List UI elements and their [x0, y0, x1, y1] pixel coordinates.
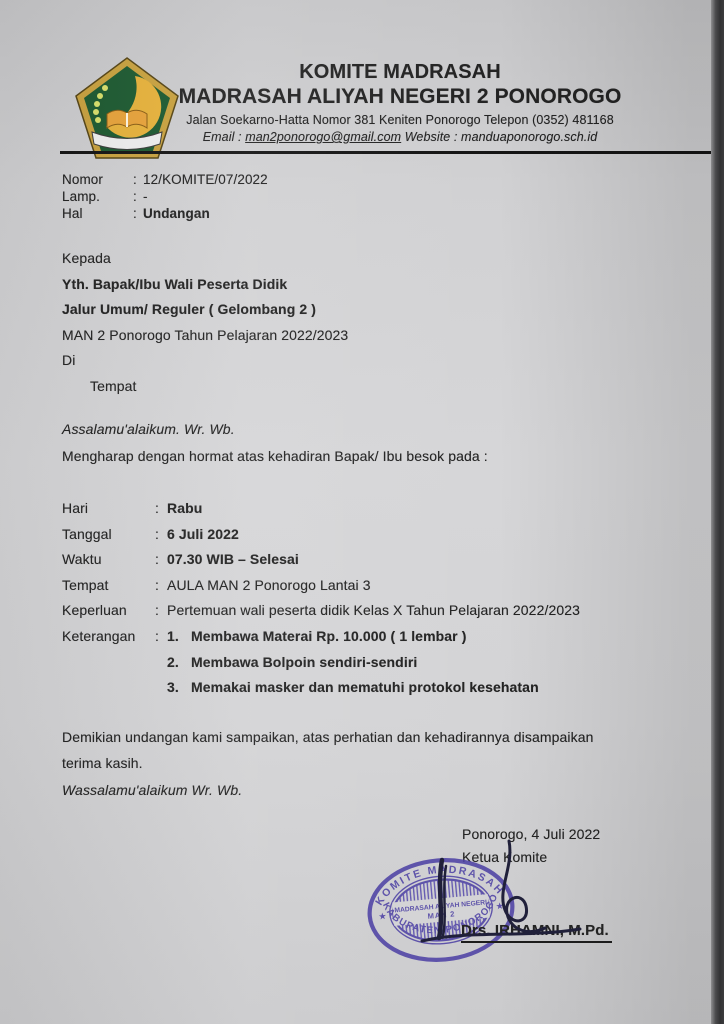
handwritten-signature	[412, 838, 587, 958]
detail-colon: :	[155, 598, 167, 624]
detail-colon	[155, 650, 167, 676]
detail-colon: :	[155, 573, 167, 599]
detail-row-waktu: Waktu : 07.30 WIB – Selesai	[62, 547, 580, 573]
org-address: Jalan Soekarno-Hatta Nomor 381 Keniten P…	[85, 112, 715, 129]
detail-label: Waktu	[62, 547, 155, 573]
meta-colon: :	[133, 205, 143, 222]
detail-label: Keperluan	[62, 598, 155, 624]
detail-label: Tanggal	[62, 522, 155, 548]
meta-colon: :	[133, 188, 143, 205]
meta-row-hal: Hal : Undangan	[62, 205, 268, 222]
recipient-line1: Yth. Bapak/Ibu Wali Peserta Didik	[62, 272, 348, 298]
detail-value: Pertemuan wali peserta didik Kelas X Tah…	[167, 598, 580, 624]
detail-colon: :	[155, 547, 167, 573]
detail-label: Hari	[62, 496, 155, 522]
keterangan-item: 1.Membawa Materai Rp. 10.000 ( 1 lembar …	[167, 624, 580, 650]
recipient-tempat: Tempat	[90, 374, 348, 400]
meta-row-lamp: Lamp. : -	[62, 188, 268, 205]
detail-label	[62, 650, 155, 676]
opening-salam: Assalamu'alaikum. Wr. Wb.	[62, 416, 488, 443]
letter-paper: KOMITE MADRASAH MADRASAH ALIYAH NEGERI 2…	[0, 0, 711, 1024]
stamp-star-left: ★	[378, 911, 387, 922]
detail-row-keperluan: Keperluan : Pertemuan wali peserta didik…	[62, 598, 580, 624]
org-contact: Email : man2ponorogo@gmail.com Website :…	[85, 129, 715, 146]
meta-label: Hal	[62, 205, 133, 222]
detail-row-keterangan-3: 3.Memakai masker dan mematuhi protokol k…	[62, 675, 580, 701]
recipient-block: Kepada Yth. Bapak/Ibu Wali Peserta Didik…	[62, 246, 348, 400]
detail-row-keterangan-1: Keterangan : 1.Membawa Materai Rp. 10.00…	[62, 624, 580, 650]
meta-colon: :	[133, 171, 143, 188]
email-address: man2ponorogo@gmail.com	[245, 130, 401, 144]
meta-value: 12/KOMITE/07/2022	[143, 171, 268, 188]
org-name-school: MADRASAH ALIYAH NEGERI 2 PONOROGO	[85, 84, 715, 110]
org-name-committee: KOMITE MADRASAH	[85, 60, 715, 84]
detail-colon: :	[155, 496, 167, 522]
detail-label	[62, 675, 155, 701]
detail-label: Keterangan	[62, 624, 155, 650]
item-text: Memakai masker dan mematuhi protokol kes…	[191, 675, 580, 701]
letter-meta: Nomor : 12/KOMITE/07/2022 Lamp. : - Hal …	[62, 171, 268, 222]
closing-line2: terima kasih.	[62, 750, 593, 776]
detail-row-tanggal: Tanggal : 6 Juli 2022	[62, 522, 580, 548]
keterangan-item: 3.Memakai masker dan mematuhi protokol k…	[167, 675, 580, 701]
meta-label: Nomor	[62, 171, 133, 188]
detail-row-tempat: Tempat : AULA MAN 2 Ponorogo Lantai 3	[62, 573, 580, 599]
detail-value: Rabu	[167, 496, 580, 522]
detail-label: Tempat	[62, 573, 155, 599]
keterangan-item: 2.Membawa Bolpoin sendiri-sendiri	[167, 650, 580, 676]
recipient-di: Di	[62, 348, 348, 374]
item-number: 3.	[167, 675, 191, 701]
closing-line1: Demikian undangan kami sampaikan, atas p…	[62, 724, 593, 750]
detail-row-hari: Hari : Rabu	[62, 496, 580, 522]
item-text: Membawa Materai Rp. 10.000 ( 1 lembar )	[191, 624, 580, 650]
letterhead: KOMITE MADRASAH MADRASAH ALIYAH NEGERI 2…	[85, 60, 715, 146]
meta-value: -	[143, 188, 268, 205]
opening-block: Assalamu'alaikum. Wr. Wb. Mengharap deng…	[62, 416, 488, 470]
event-details: Hari : Rabu Tanggal : 6 Juli 2022 Waktu …	[62, 496, 580, 701]
detail-colon	[155, 675, 167, 701]
detail-colon: :	[155, 624, 167, 650]
recipient-line2: Jalur Umum/ Reguler ( Gelombang 2 )	[62, 297, 348, 323]
scanned-letter-photo: KOMITE MADRASAH MADRASAH ALIYAH NEGERI 2…	[0, 0, 724, 1024]
meta-value: Undangan	[143, 205, 268, 222]
meta-row-nomor: Nomor : 12/KOMITE/07/2022	[62, 171, 268, 188]
item-number: 2.	[167, 650, 191, 676]
detail-row-keterangan-2: 2.Membawa Bolpoin sendiri-sendiri	[62, 650, 580, 676]
closing-salam: Wassalamu'alaikum Wr. Wb.	[62, 777, 593, 803]
recipient-line3: MAN 2 Ponorogo Tahun Pelajaran 2022/2023	[62, 323, 348, 349]
photo-background-edge	[711, 0, 724, 1024]
item-number: 1.	[167, 624, 191, 650]
letterhead-divider	[60, 151, 712, 154]
website-address: Website : manduaponorogo.sch.id	[401, 130, 597, 144]
closing-block: Demikian undangan kami sampaikan, atas p…	[62, 724, 593, 803]
detail-value: 6 Juli 2022	[167, 522, 580, 548]
detail-colon: :	[155, 522, 167, 548]
item-text: Membawa Bolpoin sendiri-sendiri	[191, 650, 580, 676]
opening-intro: Mengharap dengan hormat atas kehadiran B…	[62, 443, 488, 470]
email-label: Email :	[203, 130, 245, 144]
detail-value: AULA MAN 2 Ponorogo Lantai 3	[167, 573, 580, 599]
detail-value: 07.30 WIB – Selesai	[167, 547, 580, 573]
meta-label: Lamp.	[62, 188, 133, 205]
recipient-kepada: Kepada	[62, 246, 348, 272]
